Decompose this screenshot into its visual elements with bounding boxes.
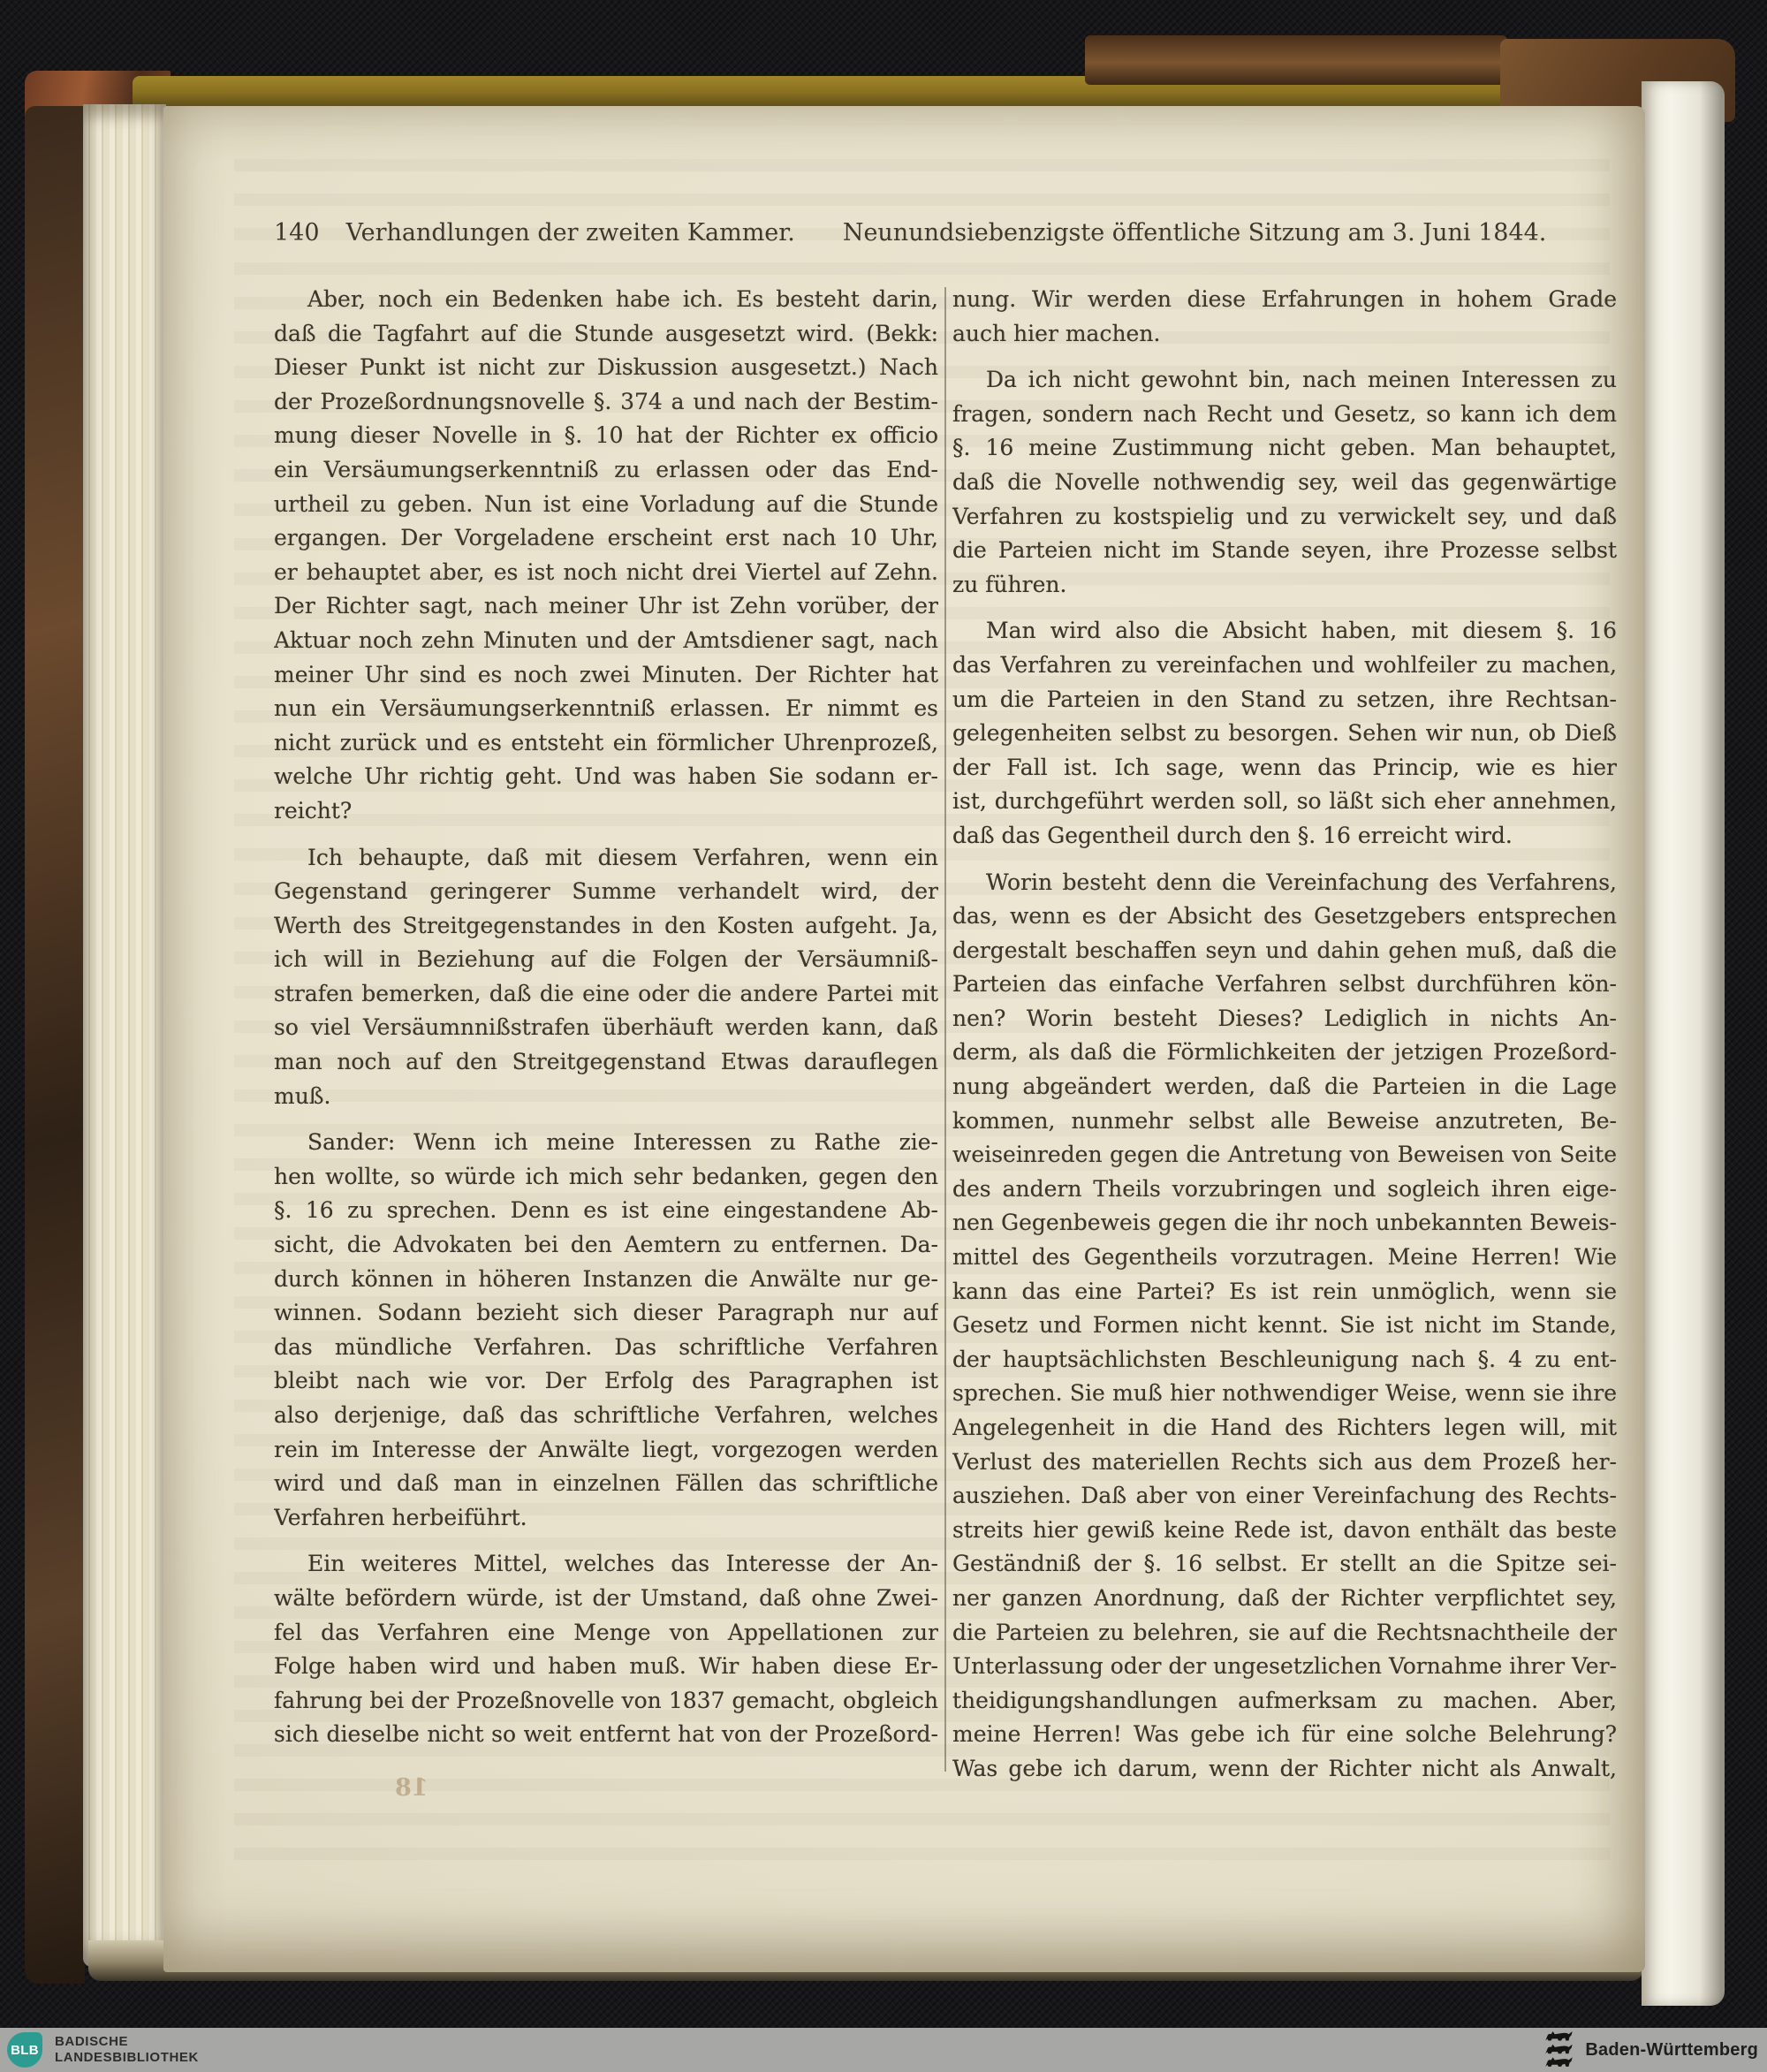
running-title-left: Verhandlungen der zweiten Kammer. xyxy=(346,219,795,247)
text-line: Ich behaupte, daß mit diesem Verfahren, … xyxy=(274,841,938,876)
text-line: §. 16 meine Zustimmung nicht geben. Man … xyxy=(952,431,1617,466)
text-line: §. 16 zu sprechen. Denn es ist eine eing… xyxy=(274,1194,938,1228)
text-line: zu führen. xyxy=(952,568,1617,603)
text-line: daß das Gegentheil durch den §. 16 errei… xyxy=(952,819,1617,854)
column-right: nung. Wir werden diese Erfahrungen in ho… xyxy=(952,283,1617,1799)
text-line: Verfahren herbeiführt. xyxy=(274,1501,938,1536)
running-title-right: Neunundsiebenzigste öffentliche Sitzung … xyxy=(843,219,1547,247)
text-line: ich will in Beziehung auf die Folgen der… xyxy=(274,943,938,977)
text-line: Folge haben wird und haben muß. Wir habe… xyxy=(274,1650,938,1684)
text-line: urtheil zu geben. Nun ist eine Vorladung… xyxy=(274,488,938,522)
text-line: durch können in höheren Instanzen die An… xyxy=(274,1263,938,1297)
text-line: daß die Tagfahrt auf die Stunde ausgeset… xyxy=(274,317,938,352)
text-line: mittel des Gegentheils vorzutragen. Mein… xyxy=(952,1241,1617,1275)
text-line: Parteien das einfache Verfahren selbst d… xyxy=(952,968,1617,1002)
library-name-line2: LANDESBIBLIOTHEK xyxy=(55,2050,199,2066)
paragraph: Worin besteht denn die Vereinfachung des… xyxy=(952,866,1617,1787)
text-line: ein Versäumungserkenntniß zu erlassen od… xyxy=(274,453,938,488)
text-line: meiner Uhr sind es noch zwei Minuten. De… xyxy=(274,658,938,693)
paragraph: nung. Wir werden diese Erfahrungen in ho… xyxy=(952,283,1617,351)
text-line: Sander: Wenn ich meine Interessen zu Rat… xyxy=(274,1126,938,1160)
text-line: welche Uhr richtig geht. Und was haben S… xyxy=(274,760,938,794)
book-page: 140 Verhandlungen der zweiten Kammer. Ne… xyxy=(163,106,1645,1972)
text-line: Verlust des materiellen Rechts sich aus … xyxy=(952,1446,1617,1480)
text-line: nung. Wir werden diese Erfahrungen in ho… xyxy=(952,283,1617,317)
text-line: Da ich nicht gewohnt bin, nach meinen In… xyxy=(952,363,1617,398)
column-left: Aber, noch ein Bedenken habe ich. Es bes… xyxy=(274,283,938,1765)
text-line: der Prozeßordnungsnovelle §. 374 a und n… xyxy=(274,385,938,420)
screenshot-stage: 140 Verhandlungen der zweiten Kammer. Ne… xyxy=(0,0,1767,2072)
paragraph: Ich behaupte, daß mit diesem Verfahren, … xyxy=(274,841,938,1114)
text-line: er behauptet aber, es ist noch nicht dre… xyxy=(274,556,938,590)
text-line: Unterlassung oder der ungesetzlichen Vor… xyxy=(952,1650,1617,1684)
text-line: ergangen. Der Vorgeladene erscheint erst… xyxy=(274,521,938,556)
text-line: dergestalt beschaffen seyn und dahin geh… xyxy=(952,934,1617,968)
text-line: des andern Theils vorzubringen und sogle… xyxy=(952,1173,1617,1207)
text-line: Man wird also die Absicht haben, mit die… xyxy=(952,614,1617,649)
text-line: man noch auf den Streitgegenstand Etwas … xyxy=(274,1045,938,1080)
text-line: Aktuar noch zehn Minuten und der Amtsdie… xyxy=(274,624,938,658)
text-line: die Parteien zu belehren, sie auf die Re… xyxy=(952,1616,1617,1651)
state-branding: Baden-Württemberg xyxy=(1544,2028,1758,2072)
text-line: also derjenige, daß das schriftliche Ver… xyxy=(274,1399,938,1433)
text-line: ner ganzen Anordnung, daß der Richter ve… xyxy=(952,1582,1617,1616)
text-line: Angelegenheit in die Hand des Richters l… xyxy=(952,1411,1617,1446)
paragraph: Ein weiteres Mittel, welches das Interes… xyxy=(274,1547,938,1752)
text-line: Werth des Streitgegenstandes in den Kost… xyxy=(274,909,938,944)
text-line: nicht zurück und es entsteht ein förmlic… xyxy=(274,726,938,761)
text-line: theidigungshandlungen aufmerksam zu mach… xyxy=(952,1684,1617,1719)
text-line: Geständniß der §. 16 selbst. Er stellt a… xyxy=(952,1547,1617,1582)
page-header: 140 Verhandlungen der zweiten Kammer. Ne… xyxy=(274,219,1619,254)
blb-logo-icon: BLB xyxy=(7,2032,42,2068)
text-line: hen wollte, so würde ich mich sehr bedan… xyxy=(274,1160,938,1195)
text-line: um die Parteien in den Stand zu setzen, … xyxy=(952,683,1617,717)
text-line: die Parteien nicht im Stande seyen, ihre… xyxy=(952,534,1617,568)
text-line: ausziehen. Daß aber von einer Vereinfach… xyxy=(952,1479,1617,1514)
text-line: Worin besteht denn die Vereinfachung des… xyxy=(952,866,1617,900)
paragraph: Man wird also die Absicht haben, mit die… xyxy=(952,614,1617,853)
library-name: BADISCHE LANDESBIBLIOTHEK xyxy=(55,2034,199,2066)
text-line: kommen, nunmehr selbst alle Beweise anzu… xyxy=(952,1104,1617,1139)
running-title: Verhandlungen der zweiten Kammer. Neunun… xyxy=(274,219,1619,247)
book-cover-left-edge xyxy=(25,106,85,1984)
text-line: gelegenheiten selbst zu besorgen. Sehen … xyxy=(952,717,1617,751)
text-line: meine Herren! Was gebe ich für eine solc… xyxy=(952,1718,1617,1752)
text-line: so viel Versäumnnißstrafen überhäuft wer… xyxy=(274,1011,938,1045)
text-line: sprechen. Sie muß hier nothwendiger Weis… xyxy=(952,1377,1617,1411)
text-line: Der Richter sagt, nach meiner Uhr ist Ze… xyxy=(274,589,938,624)
text-line: nun ein Versäumungserkenntniß erlassen. … xyxy=(274,692,938,726)
text-line: Was gebe ich darum, wenn der Richter nic… xyxy=(952,1752,1617,1787)
text-line: mung dieser Novelle in §. 10 hat der Ric… xyxy=(274,419,938,453)
page-stack-edges xyxy=(83,104,166,1967)
text-line: rein im Interesse der Anwälte liegt, vor… xyxy=(274,1433,938,1468)
text-line: muß. xyxy=(274,1080,938,1114)
book-spine-band xyxy=(1085,35,1507,85)
text-line: das mündliche Verfahren. Das schriftlich… xyxy=(274,1331,938,1365)
text-line: winnen. Sodann bezieht sich dieser Parag… xyxy=(274,1296,938,1331)
text-line: nen? Worin besteht Dieses? Lediglich in … xyxy=(952,1002,1617,1036)
text-line: das Verfahren zu vereinfachen und wohlfe… xyxy=(952,649,1617,683)
text-line: bleibt nach wie vor. Der Erfolg des Para… xyxy=(274,1364,938,1399)
text-line: fragen, sondern nach Recht und Gesetz, s… xyxy=(952,398,1617,432)
text-line: derm, als daß die Förmlichkeiten der jet… xyxy=(952,1036,1617,1070)
text-line: wird und daß man in einzelnen Fällen das… xyxy=(274,1467,938,1501)
text-line: Gesetz und Formen nicht kennt. Sie ist n… xyxy=(952,1309,1617,1343)
text-line: Gegenstand geringerer Summe verhandelt w… xyxy=(274,875,938,909)
text-line: sicht, die Advokaten bei den Aemtern zu … xyxy=(274,1228,938,1263)
facing-page-edge xyxy=(1642,81,1725,2006)
text-line: Aber, noch ein Bedenken habe ich. Es bes… xyxy=(274,283,938,317)
text-line: das, wenn es der Absicht des Gesetzgeber… xyxy=(952,899,1617,934)
text-line: der hauptsächlichsten Beschleunigung nac… xyxy=(952,1343,1617,1378)
text-line: Ein weiteres Mittel, welches das Interes… xyxy=(274,1547,938,1582)
text-line: weiseinreden gegen die Antretung von Bew… xyxy=(952,1138,1617,1173)
text-line: kann das eine Partei? Es ist rein unmögl… xyxy=(952,1275,1617,1309)
library-branding: BLB BADISCHE LANDESBIBLIOTHEK xyxy=(7,2028,199,2072)
library-footer-bar: BLB BADISCHE LANDESBIBLIOTHEK Baden-Würt… xyxy=(0,2028,1767,2072)
text-line: Verfahren zu kostspielig und zu verwicke… xyxy=(952,500,1617,535)
text-line: nen Gegenbeweis gegen die ihr noch unbek… xyxy=(952,1206,1617,1241)
column-divider-rule xyxy=(944,287,946,1772)
text-line: ist, durchgeführt werden soll, so läßt s… xyxy=(952,785,1617,819)
text-line: auch hier machen. xyxy=(952,317,1617,352)
text-line: nung abgeändert werden, daß die Parteien… xyxy=(952,1070,1617,1104)
text-line: Dieser Punkt ist nicht zur Diskussion au… xyxy=(274,351,938,385)
paragraph: Da ich nicht gewohnt bin, nach meinen In… xyxy=(952,363,1617,602)
paragraph: Aber, noch ein Bedenken habe ich. Es bes… xyxy=(274,283,938,829)
paragraph: Sander: Wenn ich meine Interessen zu Rat… xyxy=(274,1126,938,1535)
state-name-label: Baden-Württemberg xyxy=(1585,2040,1758,2061)
library-name-line1: BADISCHE xyxy=(55,2034,199,2050)
text-line: strafen bemerken, daß die eine oder die … xyxy=(274,977,938,1012)
text-line: sich dieselbe nicht so weit entfernt hat… xyxy=(274,1718,938,1752)
baden-wuerttemberg-lions-icon xyxy=(1544,2030,1574,2069)
text-line: daß die Novelle nothwendig sey, weil das… xyxy=(952,466,1617,500)
text-line: streits hier gewiß keine Rede ist, davon… xyxy=(952,1514,1617,1548)
text-line: fahrung bei der Prozeßnovelle von 1837 g… xyxy=(274,1684,938,1719)
text-line: fel das Verfahren eine Menge von Appella… xyxy=(274,1616,938,1651)
text-line: der Fall ist. Ich sage, wenn das Princip… xyxy=(952,751,1617,786)
sheet-signature-bleedthrough: 18 xyxy=(395,1774,428,1802)
text-line: wälte befördern würde, ist der Umstand, … xyxy=(274,1582,938,1616)
text-line: reicht? xyxy=(274,794,938,829)
